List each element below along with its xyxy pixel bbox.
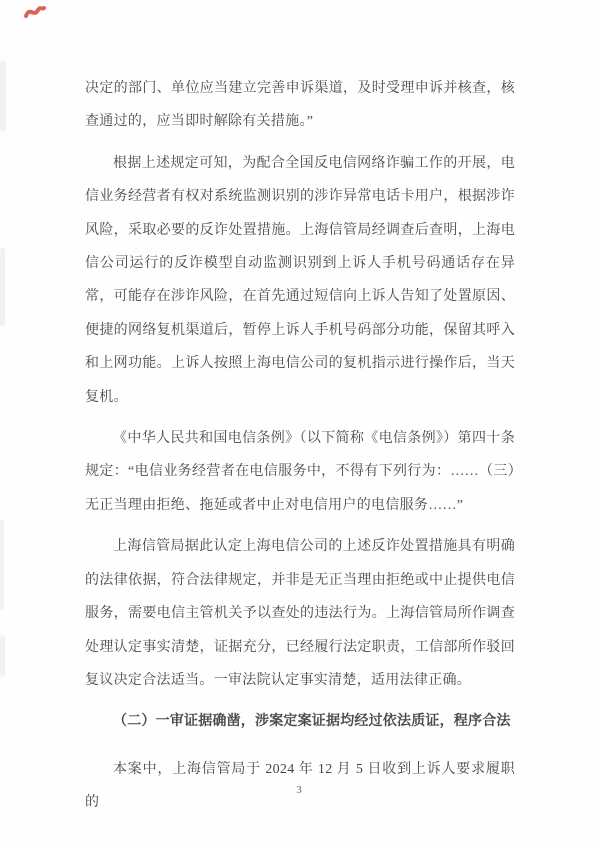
scan-artifact bbox=[0, 520, 4, 610]
scanned-document-page: 决定的部门、单位应当建立完善申诉渠道，及时受理申诉并核查，核查通过的，应当即时解… bbox=[0, 0, 598, 848]
scan-artifact bbox=[0, 60, 6, 132]
section-heading: （二）一审证据确凿，涉案定案证据均经过依法质证，程序合法 bbox=[85, 705, 515, 738]
red-pen-mark bbox=[24, 3, 46, 21]
body-paragraph: 根据上述规定可知，为配合全国反电信网络诈骗工作的开展，电信业务经营者有权对系统监… bbox=[85, 147, 515, 414]
page-number: 3 bbox=[0, 784, 598, 796]
body-paragraph: 上海信管局据此认定上海电信公司的上述反诈处置措施具有明确的法律依据，符合法律规定… bbox=[85, 530, 515, 697]
scan-artifact bbox=[0, 636, 5, 676]
body-paragraph-statute-quote: 《中华人民共和国电信条例》（以下简称《电信条例》）第四十条规定：“电信业务经营者… bbox=[85, 422, 515, 522]
document-body: 决定的部门、单位应当建立完善申诉渠道，及时受理申诉并核查，核查通过的，应当即时解… bbox=[85, 72, 515, 828]
scan-artifact bbox=[0, 248, 5, 326]
body-paragraph-continuation: 决定的部门、单位应当建立完善申诉渠道，及时受理申诉并核查，核查通过的，应当即时解… bbox=[85, 72, 515, 139]
